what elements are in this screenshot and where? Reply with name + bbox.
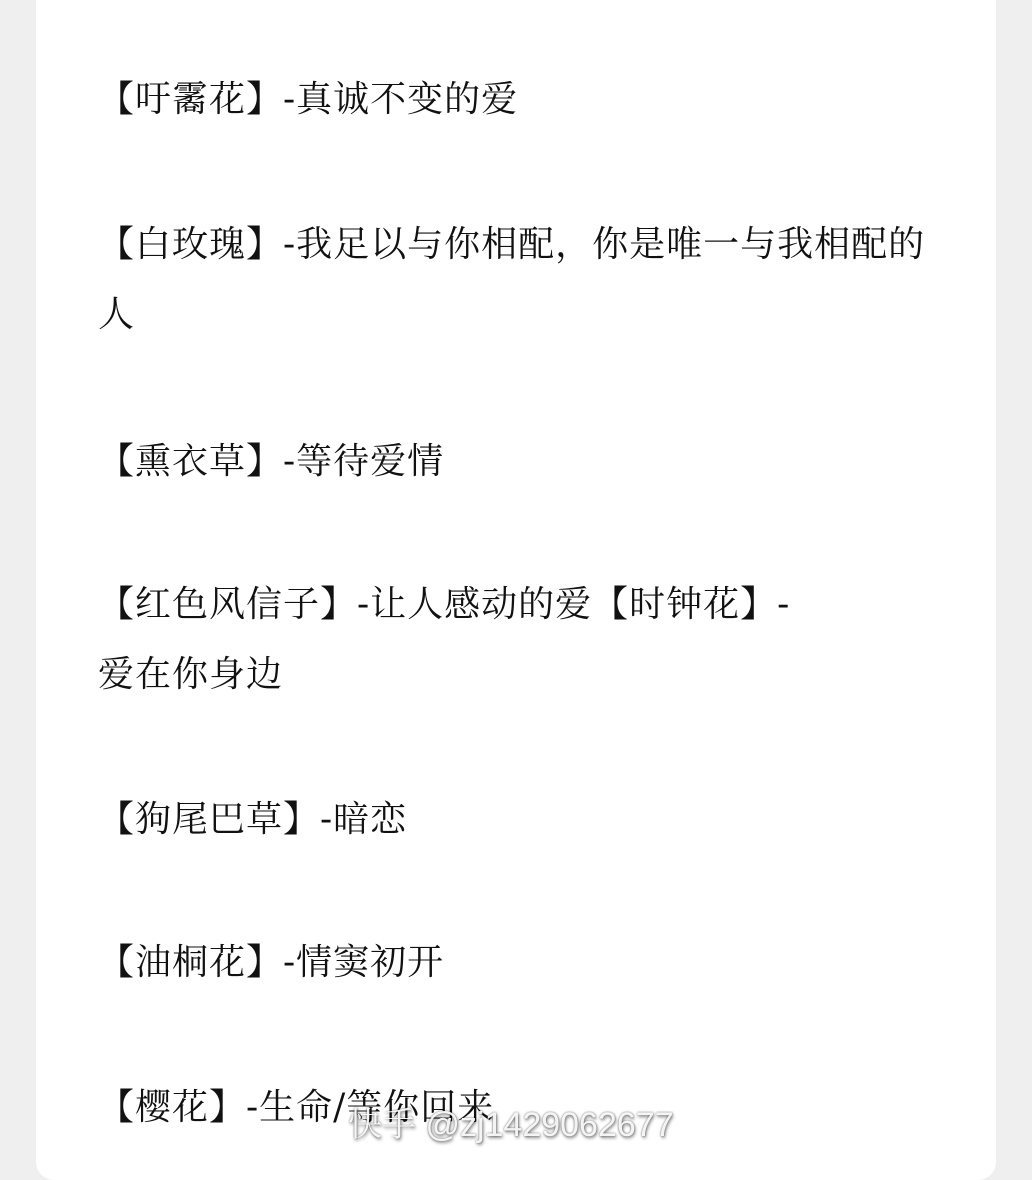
flower-entry-1: 【吁霱花】-真诚不变的爱 [98, 65, 938, 135]
flower-entry-3: 【熏衣草】-等待爱情 [98, 427, 938, 497]
flower-entry-2: 【白玫瑰】-我足以与你相配，你是唯一与我相配的人 [98, 210, 938, 350]
flower-entry-6: 【油桐花】-情窦初开 [98, 928, 938, 998]
flower-entry-5: 【狗尾巴草】-暗恋 [98, 785, 938, 855]
content-card: 【吁霱花】-真诚不变的爱 【白玫瑰】-我足以与你相配，你是唯一与我相配的人 【熏… [36, 0, 996, 1158]
flower-entry-4: 【红色风信子】-让人感动的爱【时钟花】-爱在你身边 [98, 570, 818, 710]
kuaishou-watermark: 快手 @zj1429062677 [348, 1097, 674, 1146]
